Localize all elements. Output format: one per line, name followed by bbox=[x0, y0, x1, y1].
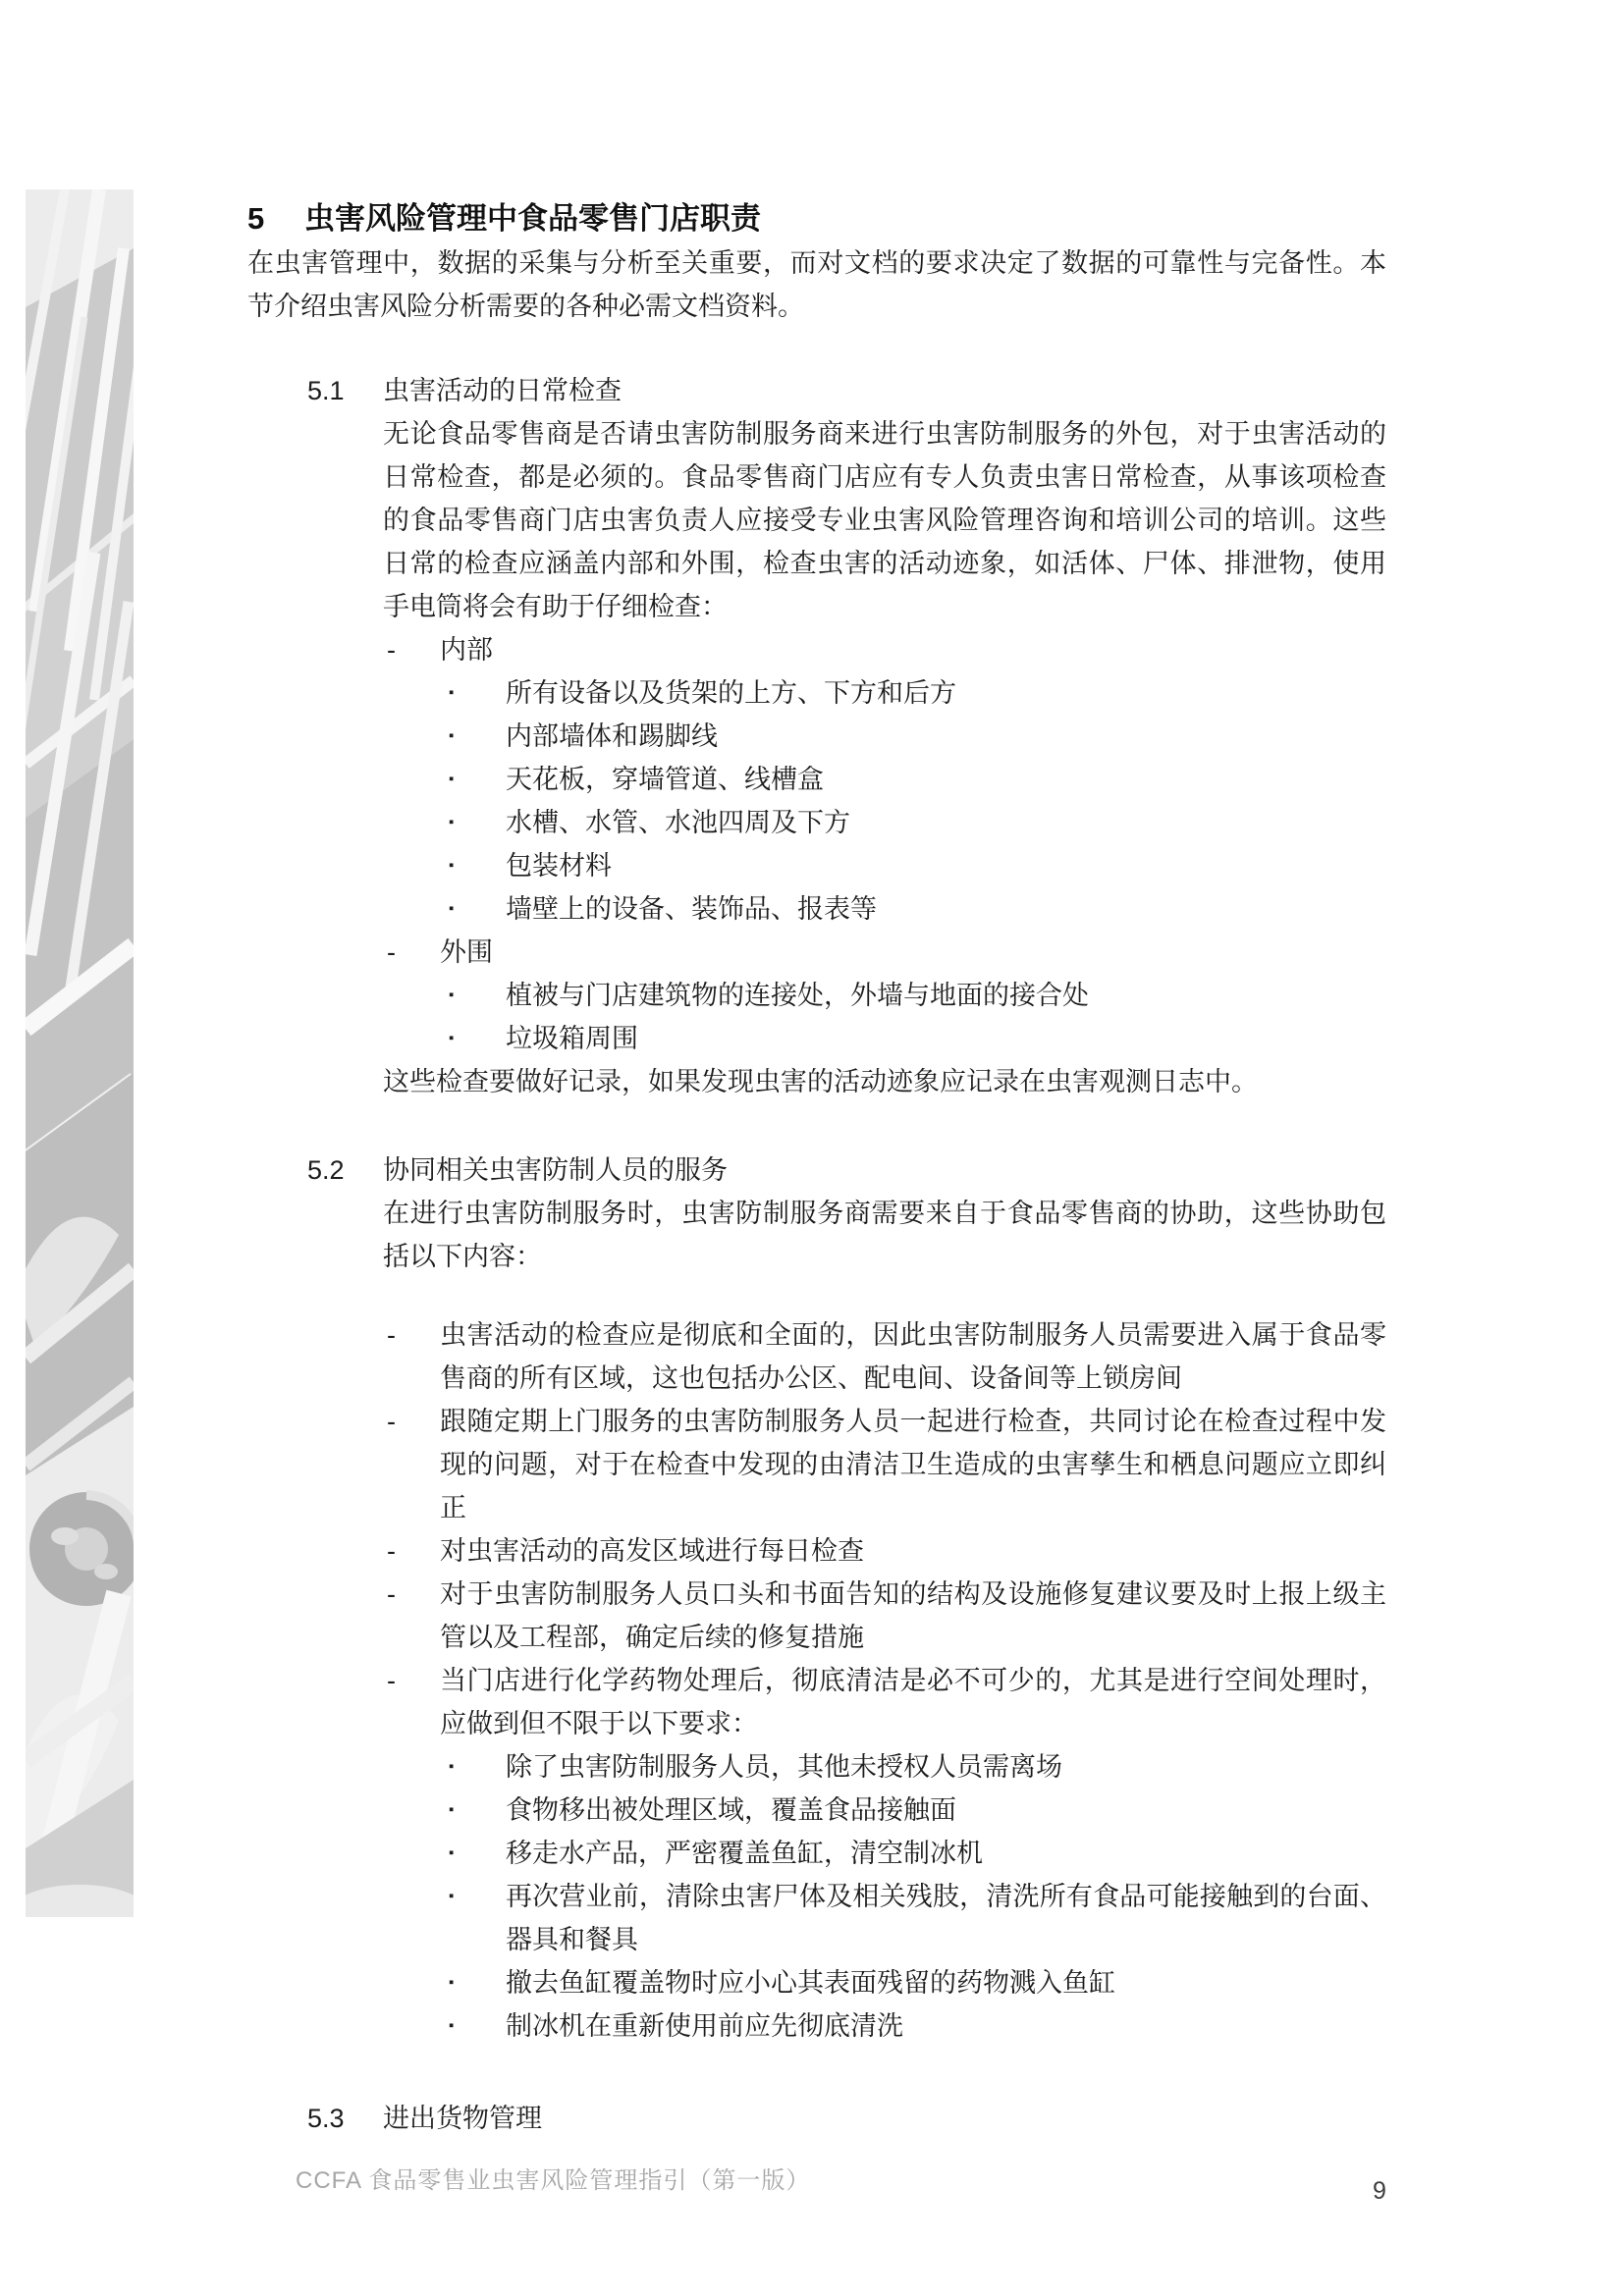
subsection-5-1: 5.1 虫害活动的日常检查 无论食品零售商是否请虫害防制服务商来进行虫害防制服务… bbox=[307, 369, 1386, 1103]
subsection-number: 5.2 bbox=[307, 1148, 383, 1192]
square-bullet-icon: ▪ bbox=[449, 1017, 506, 1060]
paragraph: 无论食品零售商是否请虫害防制服务商来进行虫害防制服务的外包，对于虫害活动的日常检… bbox=[383, 412, 1386, 628]
list-item-text: 所有设备以及货架的上方、下方和后方 bbox=[506, 671, 1386, 715]
list-item: - 虫害活动的检查应是彻底和全面的，因此虫害防制服务人员需要进入属于食品零售商的… bbox=[387, 1313, 1386, 1400]
square-bullet-icon: ▪ bbox=[449, 671, 506, 715]
square-bullet-icon: ▪ bbox=[449, 801, 506, 844]
list-item-text: 跟随定期上门服务的虫害防制服务人员一起进行检查，共同讨论在检查过程中发现的问题，… bbox=[440, 1400, 1386, 1529]
list-item: - 跟随定期上门服务的虫害防制服务人员一起进行检查，共同讨论在检查过程中发现的问… bbox=[387, 1400, 1386, 1529]
page-number: 9 bbox=[1373, 2177, 1386, 2206]
subsection-heading: 5.3 进出货物管理 bbox=[307, 2097, 1386, 2140]
square-bullet-icon: ▪ bbox=[449, 844, 506, 887]
list-item-label: 内部 bbox=[440, 628, 1386, 671]
list-item: - 对于虫害防制服务人员口头和书面告知的结构及设施修复建议要及时上报上级主管以及… bbox=[387, 1573, 1386, 1659]
list-item-text: 包装材料 bbox=[506, 844, 1386, 887]
shopping-cart-image bbox=[26, 189, 134, 1917]
dash-bullet-icon: - bbox=[387, 931, 440, 974]
list-item: ▪ 撤去鱼缸覆盖物时应小心其表面残留的药物溅入鱼缸 bbox=[449, 1961, 1386, 2004]
spacer bbox=[383, 1278, 1386, 1313]
document-page: 5 虫害风险管理中食品零售门店职责 在虫害管理中，数据的采集与分析至关重要，而对… bbox=[0, 0, 1624, 2296]
square-bullet-icon: ▪ bbox=[449, 2004, 506, 2048]
list-item-text: 食物移出被处理区域，覆盖食品接触面 bbox=[506, 1789, 1386, 1832]
square-bullet-icon: ▪ bbox=[449, 1745, 506, 1789]
square-bullet-icon: ▪ bbox=[449, 1961, 506, 2004]
dash-bullet-icon: - bbox=[387, 628, 440, 671]
list-item: ▪ 垃圾箱周围 bbox=[449, 1017, 1386, 1060]
list-item: ▪ 再次营业前，清除虫害尸体及相关残肢，清洗所有食品可能接触到的台面、器具和餐具 bbox=[449, 1875, 1386, 1961]
list-item: ▪ 水槽、水管、水池四周及下方 bbox=[449, 801, 1386, 844]
section-title: 虫害风险管理中食品零售门店职责 bbox=[304, 196, 761, 241]
document-content: 5 虫害风险管理中食品零售门店职责 在虫害管理中，数据的采集与分析至关重要，而对… bbox=[247, 196, 1386, 2140]
list-item: ▪ 除了虫害防制服务人员，其他未授权人员需离场 bbox=[449, 1745, 1386, 1789]
list-item-text: 墙壁上的设备、装饰品、报表等 bbox=[506, 887, 1386, 931]
list-item: ▪ 移走水产品，严密覆盖鱼缸，清空制冰机 bbox=[449, 1832, 1386, 1875]
shopping-cart-photo-strip bbox=[26, 189, 134, 1917]
list-item: - 内部 bbox=[387, 628, 1386, 671]
list-item-text: 对于虫害防制服务人员口头和书面告知的结构及设施修复建议要及时上报上级主管以及工程… bbox=[440, 1573, 1386, 1659]
list-item-text: 当门店进行化学药物处理后，彻底清洁是必不可少的，尤其是进行空间处理时，应做到但不… bbox=[440, 1659, 1386, 1745]
list-item: ▪ 包装材料 bbox=[449, 844, 1386, 887]
square-bullet-icon: ▪ bbox=[449, 1832, 506, 1875]
section-number: 5 bbox=[247, 196, 304, 241]
list-item: ▪ 天花板，穿墙管道、线槽盒 bbox=[449, 758, 1386, 801]
list-item-text: 制冰机在重新使用前应先彻底清洗 bbox=[506, 2004, 1386, 2048]
list-item-text: 内部墙体和踢脚线 bbox=[506, 715, 1386, 758]
subsection-5-3: 5.3 进出货物管理 bbox=[307, 2097, 1386, 2140]
footer-document-title: CCFA 食品零售业虫害风险管理指引（第一版） bbox=[296, 2165, 810, 2197]
dash-bullet-icon: - bbox=[387, 1659, 440, 1745]
subsection-5-2: 5.2 协同相关虫害防制人员的服务 在进行虫害防制服务时，虫害防制服务商需要来自… bbox=[307, 1148, 1386, 2048]
list-item: ▪ 食物移出被处理区域，覆盖食品接触面 bbox=[449, 1789, 1386, 1832]
list-item-text: 对虫害活动的高发区域进行每日检查 bbox=[440, 1529, 1386, 1573]
section-intro-paragraph: 在虫害管理中，数据的采集与分析至关重要，而对文档的要求决定了数据的可靠性与完备性… bbox=[247, 241, 1386, 328]
list-item: - 外围 bbox=[387, 931, 1386, 974]
list-item-text: 撤去鱼缸覆盖物时应小心其表面残留的药物溅入鱼缸 bbox=[506, 1961, 1386, 2004]
square-bullet-icon: ▪ bbox=[449, 1875, 506, 1961]
list-item-text: 再次营业前，清除虫害尸体及相关残肢，清洗所有食品可能接触到的台面、器具和餐具 bbox=[506, 1875, 1386, 1961]
dash-bullet-icon: - bbox=[387, 1529, 440, 1573]
dash-bullet-icon: - bbox=[387, 1313, 440, 1400]
list-item: ▪ 墙壁上的设备、装饰品、报表等 bbox=[449, 887, 1386, 931]
list-item: ▪ 植被与门店建筑物的连接处，外墙与地面的接合处 bbox=[449, 974, 1386, 1017]
section-heading: 5 虫害风险管理中食品零售门店职责 bbox=[247, 196, 1386, 241]
list-item: ▪ 内部墙体和踢脚线 bbox=[449, 715, 1386, 758]
list-item-text: 植被与门店建筑物的连接处，外墙与地面的接合处 bbox=[506, 974, 1386, 1017]
list-item: - 当门店进行化学药物处理后，彻底清洁是必不可少的，尤其是进行空间处理时，应做到… bbox=[387, 1659, 1386, 1745]
list-item-label: 外围 bbox=[440, 931, 1386, 974]
square-bullet-icon: ▪ bbox=[449, 887, 506, 931]
list-item-text: 移走水产品，严密覆盖鱼缸，清空制冰机 bbox=[506, 1832, 1386, 1875]
subsection-title: 进出货物管理 bbox=[383, 2097, 542, 2140]
subsection-title: 虫害活动的日常检查 bbox=[383, 369, 622, 412]
subsection-heading: 5.1 虫害活动的日常检查 bbox=[307, 369, 1386, 412]
spacer bbox=[247, 1103, 1386, 1148]
subsection-title: 协同相关虫害防制人员的服务 bbox=[383, 1148, 728, 1192]
square-bullet-icon: ▪ bbox=[449, 974, 506, 1017]
list-item-text: 水槽、水管、水池四周及下方 bbox=[506, 801, 1386, 844]
list-item: ▪ 所有设备以及货架的上方、下方和后方 bbox=[449, 671, 1386, 715]
dash-bullet-icon: - bbox=[387, 1573, 440, 1659]
square-bullet-icon: ▪ bbox=[449, 758, 506, 801]
list-item-text: 虫害活动的检查应是彻底和全面的，因此虫害防制服务人员需要进入属于食品零售商的所有… bbox=[440, 1313, 1386, 1400]
list-item-text: 除了虫害防制服务人员，其他未授权人员需离场 bbox=[506, 1745, 1386, 1789]
list-item: ▪ 制冰机在重新使用前应先彻底清洗 bbox=[449, 2004, 1386, 2048]
list-item-text: 天花板，穿墙管道、线槽盒 bbox=[506, 758, 1386, 801]
subsection-body: 无论食品零售商是否请虫害防制服务商来进行虫害防制服务的外包，对于虫害活动的日常检… bbox=[383, 412, 1386, 1103]
list-item-text: 垃圾箱周围 bbox=[506, 1017, 1386, 1060]
subsection-number: 5.1 bbox=[307, 369, 383, 412]
square-bullet-icon: ▪ bbox=[449, 1789, 506, 1832]
dash-bullet-icon: - bbox=[387, 1400, 440, 1529]
spacer bbox=[247, 2048, 1386, 2097]
square-bullet-icon: ▪ bbox=[449, 715, 506, 758]
subsection-number: 5.3 bbox=[307, 2097, 383, 2140]
paragraph: 在进行虫害防制服务时，虫害防制服务商需要来自于食品零售商的协助，这些协助包括以下… bbox=[383, 1192, 1386, 1278]
subsection-body: 在进行虫害防制服务时，虫害防制服务商需要来自于食品零售商的协助，这些协助包括以下… bbox=[383, 1192, 1386, 2048]
subsection-heading: 5.2 协同相关虫害防制人员的服务 bbox=[307, 1148, 1386, 1192]
list-item: - 对虫害活动的高发区域进行每日检查 bbox=[387, 1529, 1386, 1573]
closing-paragraph: 这些检查要做好记录，如果发现虫害的活动迹象应记录在虫害观测日志中。 bbox=[383, 1060, 1386, 1103]
